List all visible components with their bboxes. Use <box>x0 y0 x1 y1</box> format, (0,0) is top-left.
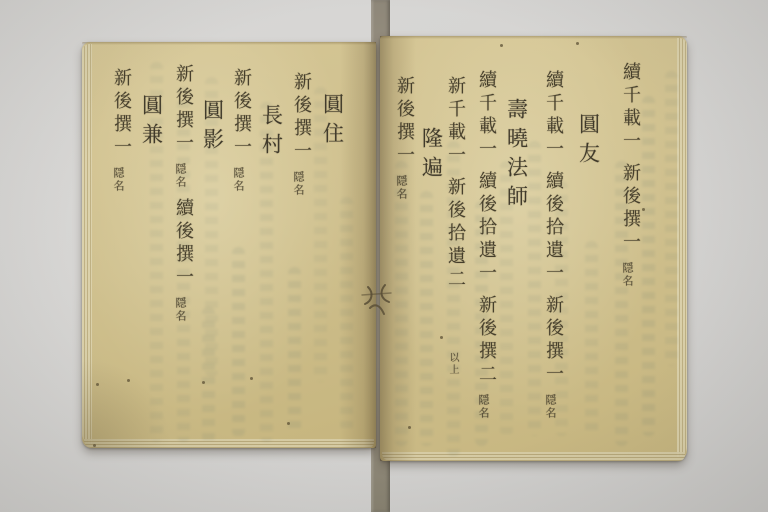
annotation-segment: 隠名 <box>174 297 187 323</box>
anthology-segment: 續後撰一 <box>173 198 194 290</box>
anthology-segment: 新後撰一 <box>111 68 132 160</box>
manuscript-book: 圓住新後撰一隠名長村新後撰一隠名圓影新後撰一隠名續後撰一隠名圓兼新後撰一隠名 續… <box>0 0 768 512</box>
calligraphy-column-mark: 以上 <box>447 352 457 376</box>
annotation-segment: 隠名 <box>174 163 187 189</box>
anthology-segment: 新後撰一 <box>231 68 252 160</box>
anthology-segment: 續千載一 <box>620 62 641 154</box>
anthology-segment: 新後撰一 <box>620 163 641 255</box>
anthology-segment: 續後拾遺一 <box>543 171 564 286</box>
calligraphy-column-name: 圓友 <box>578 113 599 171</box>
annotation-segment: 隠名 <box>544 394 557 420</box>
anthology-segment: 新後撰一 <box>173 64 194 156</box>
calligraphy-column-credits: 新千載一新後拾遺二 <box>446 76 464 292</box>
calligraphy-column-credits: 續千載一續後拾遺一新後撰二隠名 <box>477 70 495 420</box>
calligraphy-column-credits: 續千載一續後拾遺一新後撰一隠名 <box>544 70 562 420</box>
annotation-segment: 隠名 <box>621 262 634 288</box>
right-page-text-layer: 續千載一新後撰一隠名圓友續千載一續後拾遺一新後撰一隠名壽曉法師續千載一續後拾遺一… <box>380 36 687 461</box>
calligraphy-column-credits: 新後撰一隠名 <box>232 68 250 193</box>
calligraphy-column-credits: 新後撰一隠名 <box>292 72 310 197</box>
annotation-segment: 隠名 <box>112 167 125 193</box>
calligraphy-column-credits: 續千載一新後撰一隠名 <box>621 62 639 288</box>
binding-stitch-mark <box>358 281 396 323</box>
annotation-segment: 隠名 <box>395 175 408 201</box>
photo-backdrop: 圓住新後撰一隠名長村新後撰一隠名圓影新後撰一隠名續後撰一隠名圓兼新後撰一隠名 續… <box>0 0 768 512</box>
calligraphy-column-credits: 新後撰一隠名 <box>112 68 130 193</box>
calligraphy-column-name: 圓住 <box>322 93 343 151</box>
anthology-segment: 新後撰一 <box>394 76 415 168</box>
anthology-segment: 新後撰二 <box>476 295 497 387</box>
left-page-text-layer: 圓住新後撰一隠名長村新後撰一隠名圓影新後撰一隠名續後撰一隠名圓兼新後撰一隠名 <box>82 42 376 448</box>
annotation-segment: 隠名 <box>292 171 305 197</box>
anthology-segment: 新後拾遺二 <box>445 177 466 292</box>
anthology-segment: 新後撰一 <box>543 295 564 387</box>
calligraphy-column-credits: 新後撰一隠名 <box>395 76 413 201</box>
calligraphy-column-credits: 新後撰一隠名續後撰一隠名 <box>174 64 192 323</box>
calligraphy-column-name: 隆遍 <box>421 127 442 185</box>
anthology-segment: 新後撰一 <box>291 72 312 164</box>
annotation-segment: 隠名 <box>477 394 490 420</box>
left-page: 圓住新後撰一隠名長村新後撰一隠名圓影新後撰一隠名續後撰一隠名圓兼新後撰一隠名 <box>82 42 376 448</box>
calligraphy-column-name: 圓影 <box>202 99 223 157</box>
annotation-segment: 隠名 <box>232 167 245 193</box>
calligraphy-column-name: 壽曉法師 <box>506 98 527 214</box>
anthology-segment: 續千載一 <box>543 70 564 162</box>
anthology-segment: 續後拾遺一 <box>476 171 497 286</box>
calligraphy-column-name: 圓兼 <box>141 94 162 152</box>
anthology-segment: 續千載一 <box>476 70 497 162</box>
calligraphy-column-name: 長村 <box>261 104 282 162</box>
anthology-segment: 新千載一 <box>445 76 466 168</box>
right-page: 續千載一新後撰一隠名圓友續千載一續後拾遺一新後撰一隠名壽曉法師續千載一續後拾遺一… <box>380 36 687 461</box>
